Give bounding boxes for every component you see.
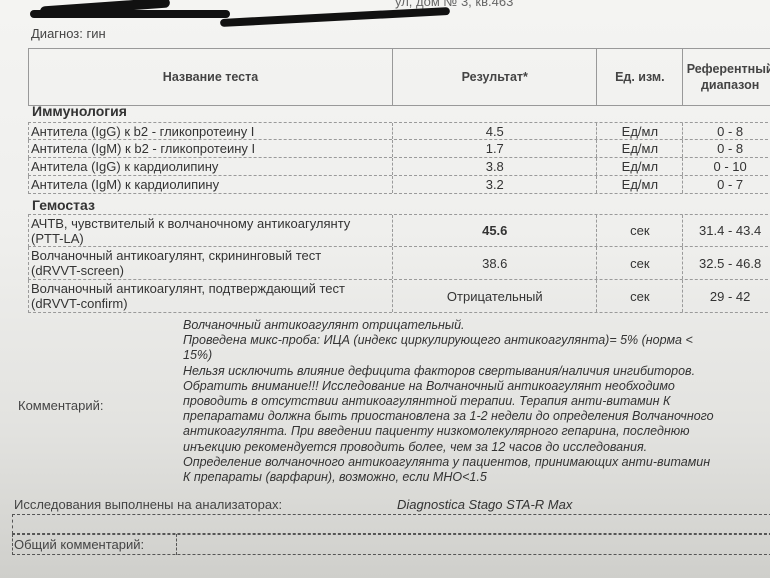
test-result: 38.6 bbox=[393, 247, 597, 279]
table-row: АЧТВ, чувствителый к волчаночному антико… bbox=[28, 214, 770, 247]
comment-text: Волчаночный антикоагулянт отрицательный.… bbox=[183, 318, 770, 485]
test-reference: 0 - 8 bbox=[683, 123, 770, 139]
diagnosis-value: гин bbox=[87, 26, 106, 41]
test-reference: 31.4 - 43.4 bbox=[683, 215, 770, 246]
comment-line: инъекцию рекомендуется проводить более, … bbox=[183, 440, 770, 455]
test-name-line1: АЧТВ, чувствителый к волчаночному антико… bbox=[31, 216, 350, 231]
comment-line: К препараты (варфарин), возможно, если М… bbox=[183, 470, 770, 485]
diagnosis-label: Диагноз: bbox=[31, 26, 83, 41]
test-result: 1.7 bbox=[393, 140, 597, 157]
test-unit: Ед/мл bbox=[597, 140, 683, 157]
test-result: 3.2 bbox=[393, 176, 597, 193]
test-name-line1: Волчаночный антикоагулянт, подтверждающи… bbox=[31, 281, 345, 296]
test-name-line2: (PTT-LA) bbox=[31, 231, 84, 246]
test-reference: 0 - 7 bbox=[683, 176, 770, 193]
comment-line: Определение волчаночного антикоагулянта … bbox=[183, 455, 770, 470]
table-row: Антитела (IgM) к b2 - гликопротеину I 1.… bbox=[28, 140, 770, 158]
diagnosis: Диагноз: гин bbox=[31, 26, 106, 41]
test-name: Волчаночный антикоагулянт, подтверждающи… bbox=[29, 280, 393, 312]
test-name: Антитела (IgG) к кардиолипину bbox=[29, 158, 393, 175]
test-result: 3.8 bbox=[393, 158, 597, 175]
comment-line: Проведена микс-проба: ИЦА (индекс циркул… bbox=[183, 333, 770, 348]
test-unit: сек bbox=[597, 247, 683, 279]
general-comment-divider bbox=[176, 534, 177, 555]
comment-line: препаратами должна быть приостановлена з… bbox=[183, 409, 770, 424]
analyzer-value: Diagnostica Stago STA-R Max bbox=[397, 497, 572, 512]
comment-line: проводить в отсутствии антикоагулянтной … bbox=[183, 394, 770, 409]
test-name-line1: Волчаночный антикоагулянт, скрининговый … bbox=[31, 248, 321, 263]
section-immunology: Иммунология bbox=[32, 103, 127, 119]
patient-address-partial: ул, дом № 3, кв.463 bbox=[395, 0, 513, 9]
table-row: Антитела (IgG) к кардиолипину 3.8 Ед/мл … bbox=[28, 158, 770, 176]
test-unit: Ед/мл bbox=[597, 123, 683, 139]
header-test-name: Название теста bbox=[29, 49, 393, 105]
header-reference: Референтный диапазон bbox=[683, 49, 770, 105]
test-reference: 32.5 - 46.8 bbox=[683, 247, 770, 279]
test-reference: 0 - 8 bbox=[683, 140, 770, 157]
test-unit: Ед/мл bbox=[597, 158, 683, 175]
general-comment-label: Общий комментарий: bbox=[14, 537, 144, 552]
test-name: Антитела (IgM) к b2 - гликопротеину I bbox=[29, 140, 393, 157]
redaction-mark bbox=[30, 10, 230, 18]
test-unit: сек bbox=[597, 215, 683, 246]
analyzer-label: Исследования выполнены на анализаторах: bbox=[14, 497, 282, 512]
table-row: Антитела (IgG) к b2 - гликопротеину I 4.… bbox=[28, 122, 770, 140]
redaction-mark bbox=[220, 7, 450, 27]
header-result: Результат* bbox=[393, 49, 597, 105]
test-reference: 29 - 42 bbox=[683, 280, 770, 312]
test-name: Антитела (IgM) к кардиолипину bbox=[29, 176, 393, 193]
blank-field-box bbox=[12, 514, 770, 534]
test-name-line2: (dRVVT-screen) bbox=[31, 263, 124, 278]
comment-label: Комментарий: bbox=[18, 398, 104, 413]
test-result: 4.5 bbox=[393, 123, 597, 139]
table-row: Антитела (IgM) к кардиолипину 3.2 Ед/мл … bbox=[28, 176, 770, 194]
test-name: Антитела (IgG) к b2 - гликопротеину I bbox=[29, 123, 393, 139]
comment-line: Обратить внимание!!! Исследование на Вол… bbox=[183, 379, 770, 394]
results-table-header: Название теста Результат* Ед. изм. Рефер… bbox=[28, 48, 770, 106]
test-name: Волчаночный антикоагулянт, скрининговый … bbox=[29, 247, 393, 279]
test-unit: Ед/мл bbox=[597, 176, 683, 193]
test-reference: 0 - 10 bbox=[683, 158, 770, 175]
test-name-line2: (dRVVT-confirm) bbox=[31, 296, 128, 311]
header-unit: Ед. изм. bbox=[597, 49, 683, 105]
comment-line: антикоагулянта. При введении пациенту ни… bbox=[183, 424, 770, 439]
section-hemostasis: Гемостаз bbox=[32, 197, 95, 213]
table-row: Волчаночный антикоагулянт, скрининговый … bbox=[28, 247, 770, 280]
test-unit: сек bbox=[597, 280, 683, 312]
comment-line: 15%) bbox=[183, 348, 770, 363]
comment-line: Волчаночный антикоагулянт отрицательный. bbox=[183, 318, 770, 333]
test-result-flagged: 45.6 bbox=[393, 215, 597, 246]
test-result: Отрицательный bbox=[393, 280, 597, 312]
comment-line: Нельзя исключить влияние дефицита фактор… bbox=[183, 364, 770, 379]
test-name: АЧТВ, чувствителый к волчаночному антико… bbox=[29, 215, 393, 246]
table-row: Волчаночный антикоагулянт, подтверждающи… bbox=[28, 280, 770, 313]
